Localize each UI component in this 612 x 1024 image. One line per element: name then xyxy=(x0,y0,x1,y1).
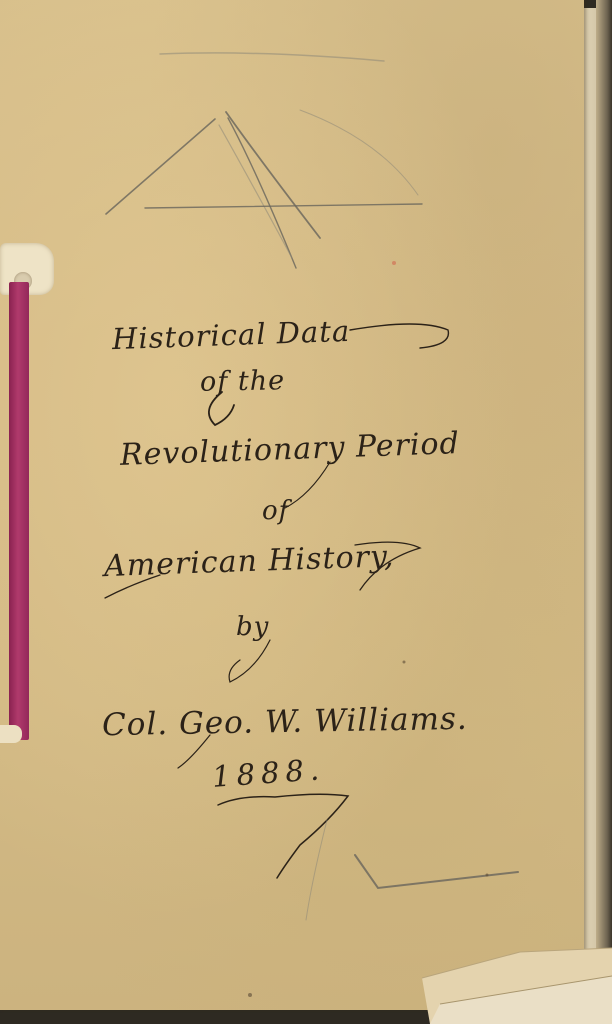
folded-corner xyxy=(400,924,612,1024)
flourish-year xyxy=(218,794,348,878)
ribbon-binding xyxy=(9,282,29,740)
flourish-by xyxy=(229,640,270,682)
pencil-faint-line xyxy=(306,820,327,920)
cover-markings xyxy=(0,0,612,1024)
flourish-title xyxy=(350,324,448,348)
torn-edge-patch xyxy=(0,725,22,743)
flourish-revolutionary xyxy=(285,462,330,508)
pencil-line-top xyxy=(160,53,384,61)
flourish-geo xyxy=(178,735,210,768)
pencil-stroke-bottom xyxy=(355,855,518,888)
flourish-of xyxy=(209,392,234,425)
flourish-american xyxy=(105,575,160,598)
flourish-history xyxy=(355,542,420,590)
pencil-triangle-icon xyxy=(106,110,422,268)
